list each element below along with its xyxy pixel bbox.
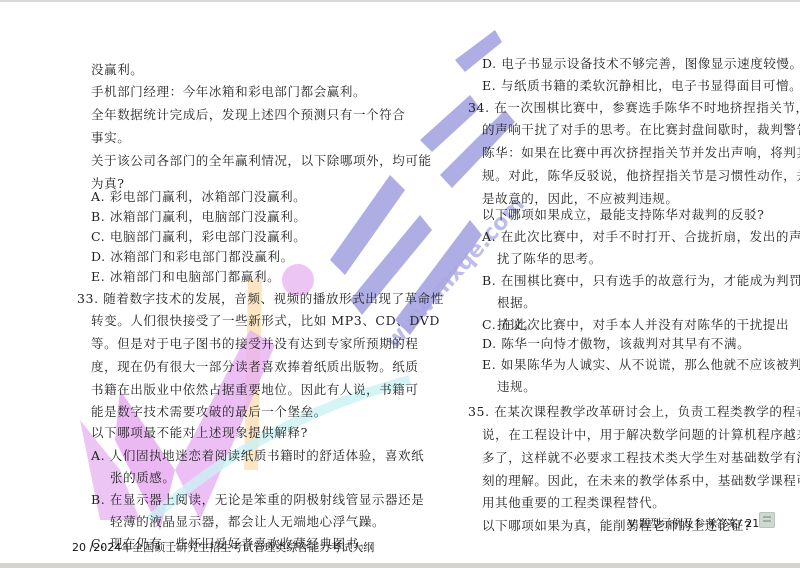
right-page-text-line: 多了，这样就不必要求工程技术类大学生对基础数学有深 (482, 450, 800, 466)
left-page-text-line: 全年数据统计完成后，发现上述四个预测只有一个符合 (91, 107, 405, 123)
right-page-text-line: 根据。 (497, 295, 536, 311)
right-page-text-line: A. 在此次比赛中，对手不时打开、合拢折扇，发出的声响干 (482, 229, 800, 245)
right-page-text-line: 用其他重要的工程类课程替代。 (482, 495, 665, 511)
right-page-text-line: E. 与纸质书籍的柔软沉静相比，电子书显得面目可憎。 (482, 78, 800, 94)
left-page-text-line: 能是数字技术需要攻破的最后一个堡垒。 (91, 404, 327, 420)
left-page-text-line: 转变。人们很快接受了一些新形式，比如 MP3、CD、DVD (91, 313, 440, 329)
left-page-text-line: 没赢利。 (91, 62, 143, 78)
right-page-text-line: 以下哪项如果成立，最能支持陈华对裁判的反驳? (482, 207, 764, 223)
left-page-footer: 20 /2024年全国硕士研究生招生考试管理类综合能力考试大纲 (72, 539, 374, 555)
left-page-text-line: E. 冰箱部门和电脑部门都赢利。 (91, 269, 280, 285)
left-page-text-line: 等。但是对于电子图书的接受并没有达到专家所预期的程 (91, 336, 419, 352)
right-page-text-line: 陈华：如果在比赛中再次挤捏指关节并发出声响，将判其违 (482, 145, 800, 161)
right-page-text-line: 35. 在某次课程教学改革研讨会上，负责工程类教学的程老师 (468, 404, 800, 420)
left-page-text-line: D. 冰箱部门和彩电部门都没赢利。 (91, 249, 294, 265)
right-page-text-line: D. 陈华一向恃才傲物，该裁判对其早有不满。 (482, 336, 750, 352)
left-page-text-line: 轻薄的液晶显示器，都会让人无端地心浮气躁。 (110, 514, 385, 530)
right-page-text-line: 抗议。 (497, 317, 536, 333)
right-page-footer: V 题型示例及参考答案/ 21 (628, 515, 759, 531)
right-page-text-line: 34. 在一次围棋比赛中，参赛选手陈华不时地挤捏指关节，发出 (468, 100, 800, 116)
right-page-text-line: 规。对此，陈华反驳说，他挤捏指关节是习惯性动作，并不 (482, 168, 800, 184)
left-page-text-line: 关于该公司各部门的全年赢利情况，以下除哪项外，均可能 (91, 153, 432, 169)
right-page-text-line: 的声响干扰了对手的思考。在比赛封盘间歇时，裁判警告 (482, 122, 800, 138)
right-page-text-line: 是故意的，因此，不应被判违规。 (482, 191, 679, 207)
right-page-text-line: 扰了陈华的思考。 (497, 251, 602, 267)
left-page-text-line: 33. 随着数字技术的发展，音频、视频的播放形式出现了革命性 (77, 291, 444, 307)
right-page-text-line: B. 在围棋比赛中，只有选手的故意行为，才能成为判罚的 (482, 273, 800, 289)
right-page-text-line: 违规。 (497, 379, 536, 395)
left-page-text-line: A. 人们固执地迷恋着阅读纸质书籍时的舒适体验，喜欢纸 (91, 448, 424, 464)
book-icon (759, 512, 775, 528)
left-page-text-line: 手机部门经理：今年冰箱和彩电部门都会赢利。 (91, 84, 366, 100)
right-page-text-line: 说，在工程设计中，用于解决数学问题的计算机程序越来越 (482, 427, 800, 443)
right-page-text-line: 刻的理解。因此，在未来的教学体系中，基础数学课程可以 (482, 473, 800, 489)
left-page-text-line: 书籍在出版业中依然占据重要地位。因此有人说，书籍可 (91, 382, 419, 398)
left-page-text-line: 事实。 (91, 130, 130, 146)
left-page-text-line: B. 在显示器上阅读，无论是笨重的阴极射线管显示器还是 (91, 492, 424, 508)
left-page-text-line: C. 电脑部门赢利，彩电部门没赢利。 (91, 229, 306, 245)
bottom-border (0, 563, 800, 568)
left-page-text-line: A. 彩电部门赢利，冰箱部门没赢利。 (91, 189, 306, 205)
right-page-text-line: D. 电子书显示设备技术不够完善，图像显示速度较慢。 (482, 56, 800, 72)
top-border (0, 0, 800, 2)
left-page-text-line: 度，现在仍有很大一部分读者喜欢捧着纸质出版物。纸质 (91, 359, 419, 375)
right-page-text-line: E. 如果陈华为人诚实、从不说谎，那么他就不应该被判 (482, 357, 800, 373)
left-page-text-line: 以下哪项最不能对上述现象提供解释? (91, 425, 308, 441)
left-page-text-line: B. 冰箱部门赢利，电脑部门没赢利。 (91, 209, 306, 225)
left-page-text-line: 张的质感。 (110, 470, 176, 486)
